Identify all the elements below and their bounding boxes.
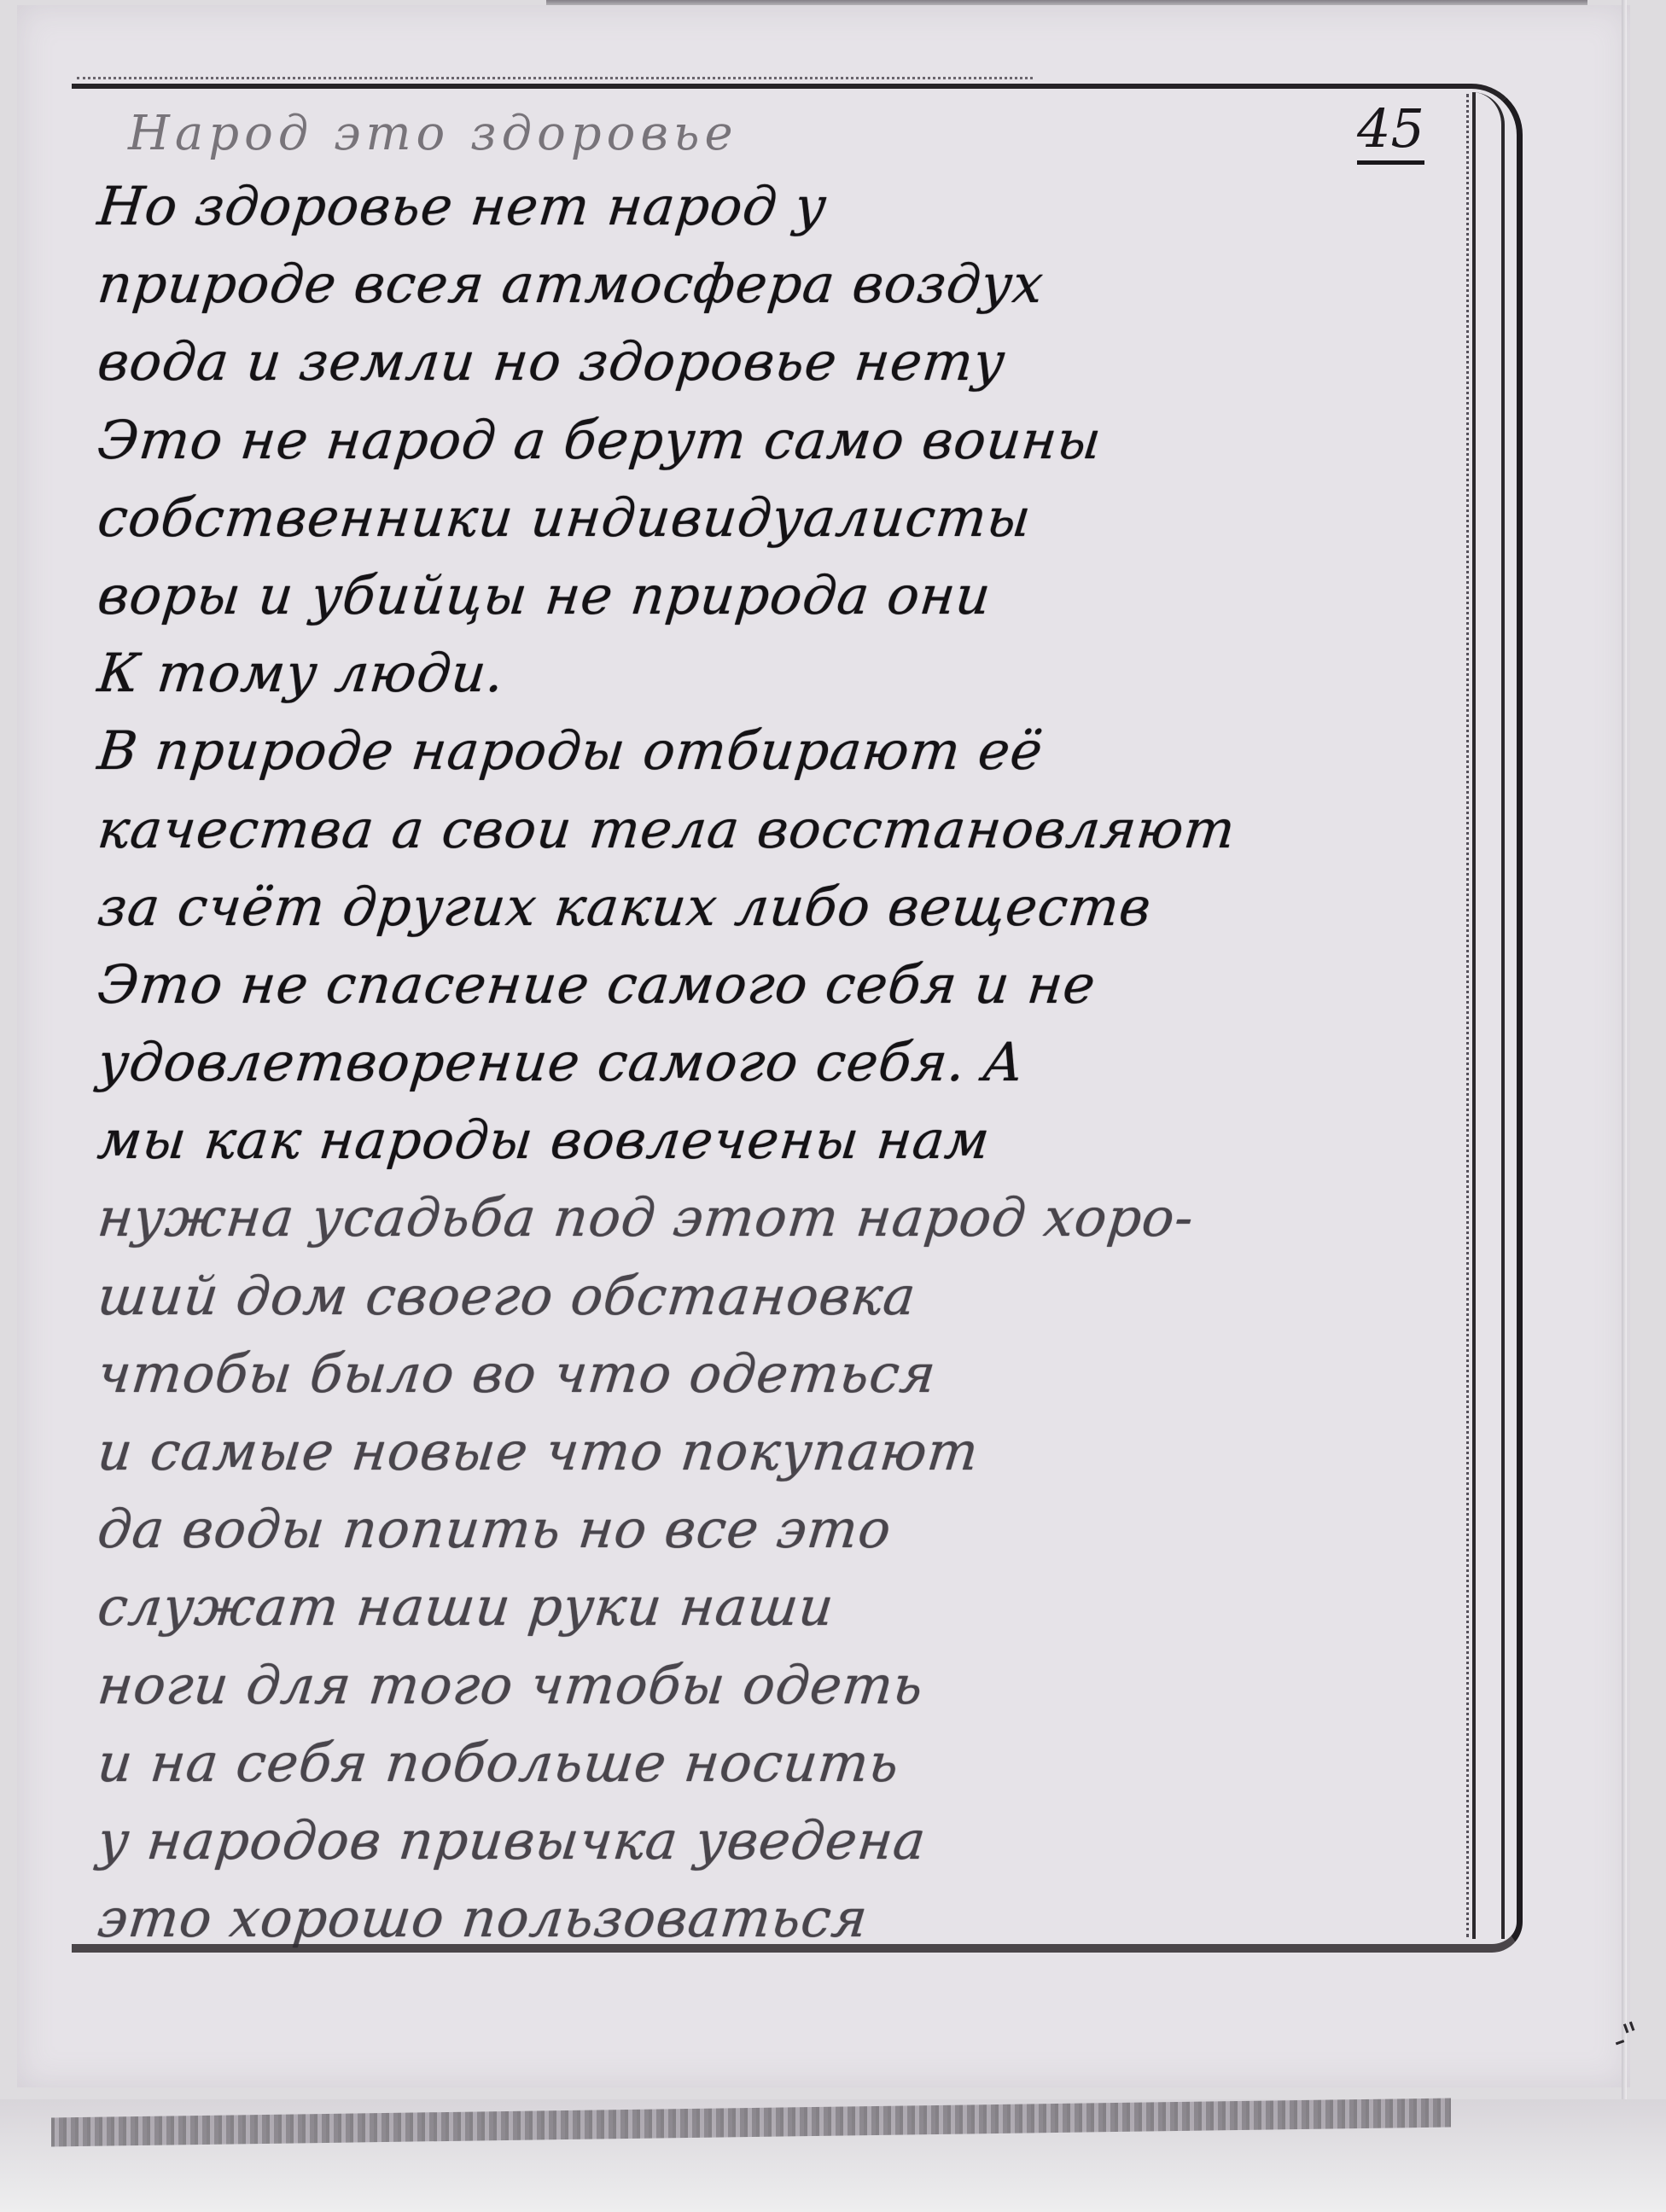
text-line: ноги для того чтобы одеть (94, 1646, 1434, 1724)
text-line: Это не спасение самого себя и не (94, 946, 1434, 1023)
text-line: и самые новые что покупают (94, 1412, 1434, 1490)
text-line: за счёт других каких либо веществ (94, 868, 1434, 946)
text-line: служат наши руки наши (94, 1568, 1434, 1645)
text-line: ший дом своего обстановка (94, 1257, 1434, 1335)
frame-top-dotted-line (77, 68, 1033, 79)
page-number: 45 (1357, 102, 1424, 165)
text-line: удовлетворение самого себя. А (94, 1023, 1434, 1101)
text-line: нужна усадьба под этот народ хоро- (94, 1179, 1434, 1256)
text-line: это хорошо пользоваться (94, 1879, 1434, 1957)
text-line: и на себя побольше носить (94, 1724, 1434, 1802)
text-line: да воды попить но все это (94, 1490, 1434, 1568)
text-line: К тому люди. (94, 634, 1434, 712)
handwritten-text: Но здоровье нет народ у природе всея атм… (98, 167, 1430, 1957)
text-line: воры и убийцы не природа они (94, 556, 1434, 634)
text-line: В природе народы отбирают её (94, 712, 1434, 789)
text-line: Это не народ а берут само воины (94, 401, 1434, 479)
text-line: у народов привычка уведена (94, 1802, 1434, 1879)
paper-edge (1622, 0, 1627, 2212)
page-header: Народ это здоровье 45 (128, 102, 1408, 171)
text-line: собственники индивидуалисты (94, 479, 1434, 556)
text-line: природе всея атмосфера воздух (94, 245, 1434, 323)
page-heading-faint: Народ это здоровье (128, 106, 738, 161)
text-line: мы как народы вовлечены нам (94, 1101, 1434, 1179)
text-line: качества а свои тела восстановляют (94, 790, 1434, 868)
text-line: вода и земли но здоровье нету (94, 323, 1434, 400)
text-line: Но здоровье нет народ у (94, 167, 1434, 245)
text-line: чтобы было во что одеться (94, 1335, 1434, 1412)
